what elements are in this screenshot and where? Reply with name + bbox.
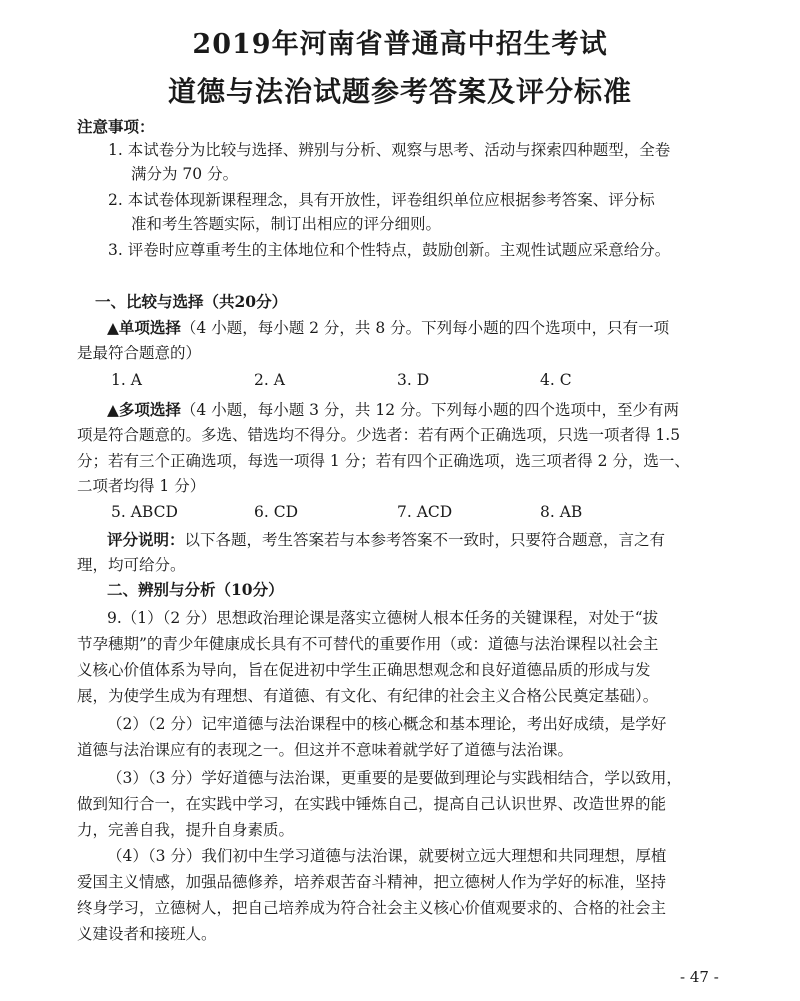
note-1-line2: 满分为 70 分。: [131, 164, 238, 184]
note-2-line1: 2. 本试卷体现新课程理念，具有开放性，评卷组织单位应根据参考答案、评分标: [108, 190, 655, 210]
page-number: - 47 -: [680, 968, 719, 986]
scoring-note-line2: 理，均可给分。: [77, 555, 186, 575]
multi-choice-desc-line4: 二项者均得 1 分）: [77, 476, 205, 496]
document-page: 2019年河南省普通高中招生考试 道德与法治试题参考答案及评分标准 注意事项： …: [0, 0, 800, 1001]
scoring-note-label: 评分说明：: [107, 530, 185, 549]
document-subtitle: 道德与法治试题参考答案及评分标准: [0, 70, 800, 110]
q9-p3-line3: 力，完善自我，提升自身素质。: [77, 820, 294, 840]
scoring-note-text: 以下各题，考生答案若与本参考答案不一致时，只要符合题意，言之有: [185, 531, 666, 549]
multi-choice-desc-line3: 分；若有三个正确选项，每选一项得 1 分；若有四个正确选项，选三项者得 2 分，…: [77, 451, 690, 471]
note-3-line1: 3. 评卷时应尊重考生的主体地位和个性特点，鼓励创新。主观性试题应采意给分。: [108, 240, 670, 260]
answer-4: 4. C: [540, 371, 572, 389]
q9-p3-line2: 做到知行合一，在实践中学习，在实践中锤炼自己，提高自己认识世界、改造世界的能: [77, 794, 666, 814]
q9-p2-line2: 道德与法治课应有的表现之一。但这并不意味着就学好了道德与法治课。: [77, 740, 573, 760]
q9-p1-line3: 义核心价值体系为导向，旨在促进初中学生正确思想观念和良好道德品质的形成与发: [77, 660, 651, 680]
q9-p4-line3: 终身学习，立德树人，把自己培养成为符合社会主义核心价值观要求的、合格的社会主: [77, 898, 666, 918]
answer-7: 7. ACD: [397, 503, 452, 521]
answer-8: 8. AB: [540, 503, 582, 521]
q9-p4-line2: 爱国主义情感，加强品德修养，培养艰苦奋斗精神，把立德树人作为学好的标准，坚持: [77, 872, 666, 892]
single-choice-desc: （4 小题，每小题 2 分，共 8 分。下列每小题的四个选项中，只有一项: [181, 319, 669, 337]
section2-heading: 二、辨别与分析（10分）: [107, 580, 284, 600]
q9-p4-line1: （4）（3 分）我们初中生学习道德与法治课，就要树立远大理想和共同理想，厚植: [107, 846, 666, 866]
multi-choice-desc-line2: 项是符合题意的。多选、错选均不得分。少选者：若有两个正确选项，只选一项者得 1.…: [77, 425, 680, 445]
q9-p1-line4: 展，为使学生成为有理想、有道德、有文化、有纪律的社会主义合格公民奠定基础）。: [77, 686, 658, 706]
section1-heading: 一、比较与选择（共20分）: [95, 292, 287, 312]
single-choice-desc-line2: 是最符合题意的）: [77, 343, 201, 363]
q9-p4-line4: 义建设者和接班人。: [77, 924, 217, 944]
scoring-note: 评分说明：以下各题，考生答案若与本参考答案不一致时，只要符合题意，言之有: [107, 530, 665, 550]
q9-p1-line1: 9.（1）（2 分）思想政治理论课是落实立德树人根本任务的关键课程，对处于“拔: [107, 608, 658, 628]
multi-choice-intro: ▲多项选择（4 小题，每小题 3 分，共 12 分。下列每小题的四个选项中，至少…: [107, 400, 679, 420]
answer-6: 6. CD: [254, 503, 298, 521]
note-2-line2: 准和考生答题实际，制订出相应的评分细则。: [131, 214, 441, 234]
answer-2: 2. A: [254, 371, 285, 389]
note-1-line1: 1. 本试卷分为比较与选择、辨别与分析、观察与思考、活动与探索四种题型，全卷: [108, 140, 670, 160]
single-choice-intro: ▲单项选择（4 小题，每小题 2 分，共 8 分。下列每小题的四个选项中，只有一…: [107, 318, 669, 338]
answer-1: 1. A: [111, 371, 142, 389]
answer-3: 3. D: [397, 371, 429, 389]
q9-p3-line1: （3）（3 分）学好道德与法治课，更重要的是要做到理论与实践相结合，学以致用，: [107, 768, 682, 788]
answer-5: 5. ABCD: [111, 503, 178, 521]
q9-p1-line2: 节孕穗期”的青少年健康成长具有不可替代的重要作用（或：道德与法治课程以社会主: [77, 634, 658, 654]
multi-choice-label: ▲多项选择: [107, 400, 181, 419]
q9-p2-line1: （2）（2 分）记牢道德与法治课程中的核心概念和基本理论，考出好成绩，是学好: [107, 714, 666, 734]
multi-choice-desc: （4 小题，每小题 3 分，共 12 分。下列每小题的四个选项中，至少有两: [181, 401, 679, 419]
document-title: 2019年河南省普通高中招生考试: [0, 22, 800, 61]
single-choice-label: ▲单项选择: [107, 318, 181, 337]
notes-heading: 注意事项：: [77, 117, 155, 137]
